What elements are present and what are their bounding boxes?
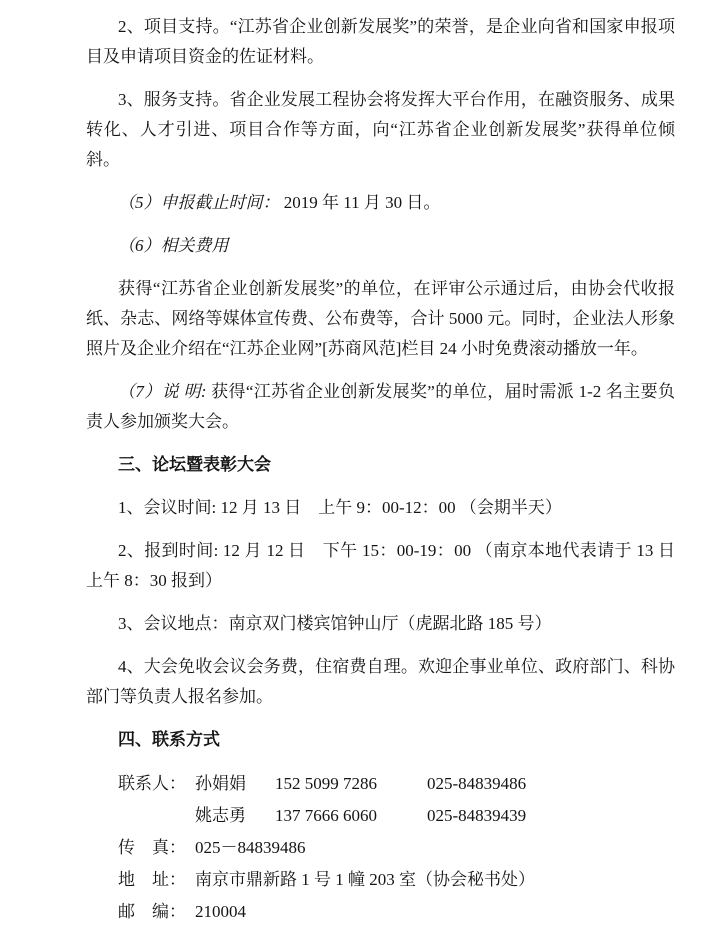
address-label: 地 址： bbox=[118, 864, 195, 896]
heading-forum-section: 三、论坛暨表彰大会 bbox=[86, 450, 675, 480]
contact-zip-row: 邮 编： 210004 bbox=[86, 896, 675, 928]
contact-block: 联系人： 孙娟娟 152 5099 7286 025-84839486 姚志勇 … bbox=[86, 768, 675, 928]
contact-person-mobile: 152 5099 7286 bbox=[275, 768, 427, 800]
contact-person-mobile: 137 7666 6060 bbox=[275, 800, 427, 832]
contact-fax-row: 传 真： 025－84839486 bbox=[86, 832, 675, 864]
contact-person-phone: 025-84839486 bbox=[427, 768, 675, 800]
contact-person-label: 联系人： bbox=[118, 768, 195, 800]
forum-item-checkin-time: 2、报到时间: 12 月 12 日 下午 15：00-19：00 （南京本地代表… bbox=[86, 536, 675, 596]
para-project-support: 2、项目支持。“江苏省企业创新发展奖”的荣誉，是企业向省和国家申报项目及申请项目… bbox=[86, 12, 675, 72]
item-deadline: （5）申报截止时间： 2019 年 11 月 30 日。 bbox=[86, 188, 675, 218]
contact-person-phone: 025-84839439 bbox=[427, 800, 675, 832]
item-note-label: （7）说 明: bbox=[118, 382, 207, 401]
contact-person-name: 姚志勇 bbox=[195, 800, 275, 832]
contact-person-row: 联系人： 孙娟娟 152 5099 7286 025-84839486 bbox=[86, 768, 675, 800]
document-page: 2、项目支持。“江苏省企业创新发展奖”的荣誉，是企业向省和国家申报项目及申请项目… bbox=[0, 0, 709, 928]
forum-item-venue: 3、会议地点：南京双门楼宾馆钟山厅（虎踞北路 185 号） bbox=[86, 609, 675, 639]
address-value: 南京市鼎新路 1 号 1 幢 203 室（协会秘书处） bbox=[195, 864, 675, 896]
item-fees-heading: （6）相关费用 bbox=[86, 231, 675, 261]
contact-person-name: 孙娟娟 bbox=[195, 768, 275, 800]
fax-label: 传 真： bbox=[118, 832, 195, 864]
item-fees-label: （6）相关费用 bbox=[118, 236, 229, 255]
forum-item-fee-policy: 4、大会免收会议会务费，住宿费自理。欢迎企事业单位、政府部门、科协部门等负责人报… bbox=[86, 652, 675, 712]
zip-label: 邮 编： bbox=[118, 896, 195, 928]
fax-value: 025－84839486 bbox=[195, 832, 675, 864]
item-deadline-value: 2019 年 11 月 30 日。 bbox=[280, 193, 441, 212]
contact-address-row: 地 址： 南京市鼎新路 1 号 1 幢 203 室（协会秘书处） bbox=[86, 864, 675, 896]
contact-person-row: 姚志勇 137 7666 6060 025-84839439 bbox=[86, 800, 675, 832]
heading-contact-section: 四、联系方式 bbox=[86, 725, 675, 755]
zip-value: 210004 bbox=[195, 896, 675, 928]
item-note: （7）说 明: 获得“江苏省企业创新发展奖”的单位，届时需派 1-2 名主要负责… bbox=[86, 377, 675, 437]
para-service-support: 3、服务支持。省企业发展工程协会将发挥大平台作用，在融资服务、成果转化、人才引进… bbox=[86, 85, 675, 175]
para-fees-detail: 获得“江苏省企业创新发展奖”的单位，在评审公示通过后，由协会代收报纸、杂志、网络… bbox=[86, 274, 675, 364]
contact-person-label bbox=[118, 800, 195, 832]
item-deadline-label: （5）申报截止时间： bbox=[118, 193, 280, 212]
forum-item-meeting-time: 1、会议时间: 12 月 13 日 上午 9：00-12：00 （会期半天） bbox=[86, 493, 675, 523]
